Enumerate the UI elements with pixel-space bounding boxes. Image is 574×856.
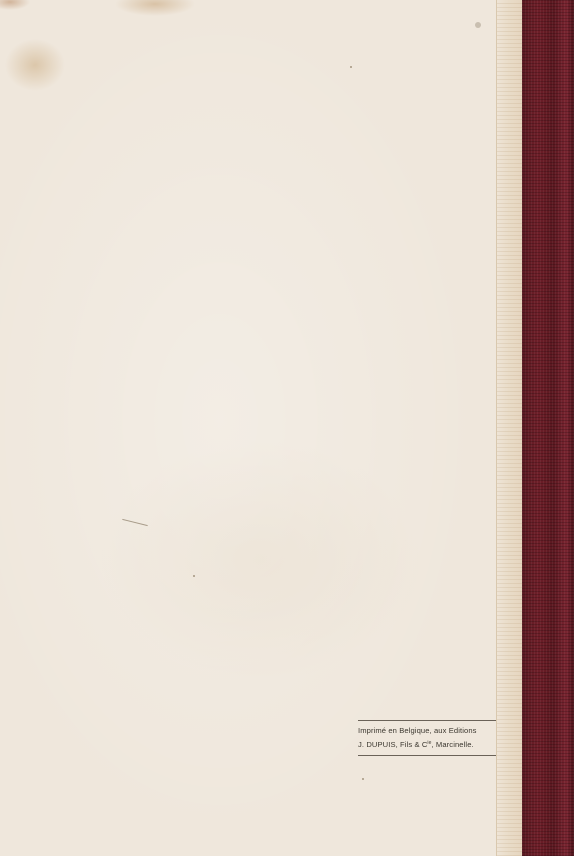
speck (475, 22, 481, 28)
imprint-line-1: Imprimé en Belgique, aux Editions (358, 725, 504, 737)
imprint-publisher: J. DUPUIS, Fils & C (358, 740, 427, 749)
back-cover-paper: Imprimé en Belgique, aux Editions J. DUP… (0, 0, 500, 856)
printer-imprint: Imprimé en Belgique, aux Editions J. DUP… (358, 720, 504, 756)
imprint-location: , Marcinelle. (432, 740, 474, 749)
scratch-mark (122, 519, 147, 526)
speck (362, 778, 364, 780)
speck (193, 575, 195, 577)
speck (350, 66, 352, 68)
imprint-line-2: J. DUPUIS, Fils & Cie, Marcinelle. (358, 737, 504, 751)
book-spine (522, 0, 574, 856)
